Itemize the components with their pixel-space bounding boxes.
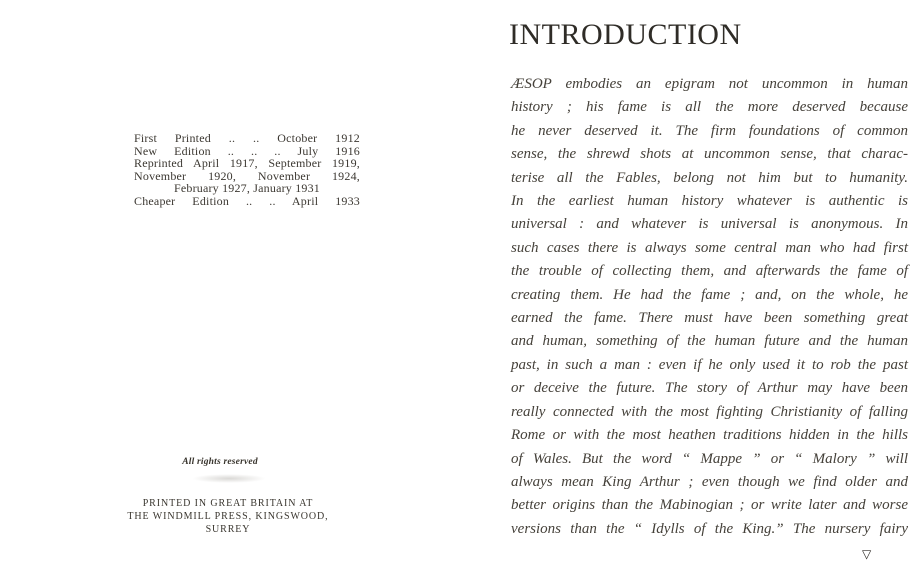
text-line: sense, the shrewd shots at uncommon sens… (511, 143, 908, 166)
text-line: In the earliest human history whatever i… (511, 190, 908, 213)
text-line: SURREY (118, 523, 338, 536)
text-line: THE WINDMILL PRESS, KINGSWOOD, (118, 510, 338, 523)
text-line: terise all the Fables, belong not him bu… (511, 167, 908, 190)
scan-smudge (192, 474, 266, 483)
text-line: better origins than the Mabinogian ; or … (511, 494, 908, 517)
introduction-body: ÆSOP embodies an epigram not uncommon in… (511, 73, 908, 541)
text-line: Rome or with the most heathen traditions… (511, 424, 908, 447)
printer-imprint: PRINTED IN GREAT BRITAIN ATTHE WINDMILL … (118, 497, 338, 536)
text-line: PRINTED IN GREAT BRITAIN AT (118, 497, 338, 510)
text-line: history ; his fame is all the more deser… (511, 96, 908, 119)
edition-line: First Printed .. .. October 1912 (134, 132, 360, 145)
text-line: he never deserved it. The firm foundatio… (511, 120, 908, 143)
text-line: such cases there is always some central … (511, 237, 908, 260)
text-line: the trouble of collecting them, and afte… (511, 260, 908, 283)
rights-notice: All rights reserved (134, 457, 306, 467)
text-line: creating them. He had the fame ; and, on… (511, 284, 908, 307)
text-line: ÆSOP embodies an epigram not uncommon in… (511, 73, 908, 96)
text-line: and human, something of the human future… (511, 330, 908, 353)
edition-history: First Printed .. .. October 1912 New Edi… (134, 132, 360, 207)
edition-line: Cheaper Edition .. .. April 1933 (134, 195, 360, 208)
edition-line: Reprinted April 1917, September 1919, (134, 157, 360, 170)
text-line: earned the fame. There must have been so… (511, 307, 908, 330)
chapter-heading: INTRODUCTION (509, 18, 742, 52)
edition-line: February 1927, January 1931 (134, 182, 360, 195)
text-line: or deceive the future. The story of Arth… (511, 377, 908, 400)
text-line: universal : and whatever is universal is… (511, 213, 908, 236)
text-line: really connected with the most fighting … (511, 401, 908, 424)
text-line: versions than the “ Idylls of the King.”… (511, 518, 908, 541)
text-line: of Wales. But the word “ Mappe ” or “ Ma… (511, 448, 908, 471)
text-line: always mean King Arthur ; even though we… (511, 471, 908, 494)
text-line: past, in such a man : even if he only us… (511, 354, 908, 377)
book-spread: First Printed .. .. October 1912 New Edi… (0, 0, 916, 577)
signature-triangle-icon: ▽ (862, 547, 871, 562)
